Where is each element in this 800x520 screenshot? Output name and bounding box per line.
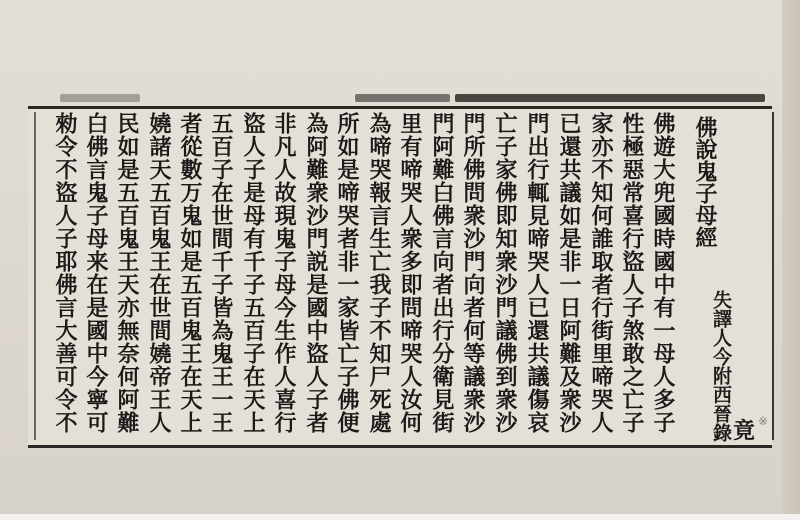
page-edge [782,0,800,520]
page-bottom-strip [0,514,800,520]
text-column-8: 門阿難白佛言向者出行分衛見街 [427,112,457,434]
ink-smudge [60,94,140,102]
text-column-3: 家亦不知何誰取者行街里啼哭人 [586,112,616,434]
text-column-19: 白佛言鬼子母来在是國中今寧可 [81,112,111,434]
scanned-page: 佛說鬼子母經 失譯人今附西晉錄 竟 ※ 佛遊大兜國時國中有一母人多子 性極惡常喜… [0,0,800,520]
text-column-2: 性極惡常喜行盜人子煞敢之亡子 [617,112,647,434]
text-column-15: 五百子在世間千子皆為鬼王一王 [206,112,236,434]
text-column-13: 非凡人故現鬼子母今生作人喜行 [269,112,299,434]
text-column-14: 盜人子是母有千子五百子在天上 [238,112,268,434]
text-column-9: 里有啼哭人衆多即問啼哭人汝何 [395,112,425,434]
text-column-12: 為阿難衆沙門説是國中盜人子者 [301,112,331,434]
frame-right-border [772,112,774,440]
text-column-6: 亡子家佛即知衆沙門議佛到衆沙 [490,112,520,434]
ink-smudge [455,94,765,102]
text-column-16: 者從數万鬼如是五百鬼王在天上 [175,112,205,434]
text-column-11: 所如是啼哭者非一家皆亡子佛便 [332,112,362,434]
text-column-17: 嬈諸天五百鬼王在世間嬈帝王人 [144,112,174,434]
text-column-7: 門所佛問衆沙門向者何等議衆沙 [458,112,488,434]
sutra-title: 佛說鬼子母經 [690,116,720,248]
text-column-18: 民如是五百鬼王天亦無奈何阿難 [112,112,142,434]
end-mark: 竟 [733,414,755,445]
frame-left-border [34,112,36,440]
text-column-4: 已還共議如是非一日阿難及衆沙 [554,112,584,434]
ink-smudge [355,94,450,102]
text-column-1: 佛遊大兜國時國中有一母人多子 [648,112,678,434]
seal-stamp: ※ [758,414,768,428]
translator-line: 失譯人今附西晉錄 [706,290,736,442]
text-column-10: 為啼哭報言生亡我子不知尸死處 [364,112,394,434]
text-column-5: 門出行輒見啼哭人已還共議傷哀 [522,112,552,434]
text-column-20: 勑令不盜人子耶佛言大善可令不 [50,112,80,434]
